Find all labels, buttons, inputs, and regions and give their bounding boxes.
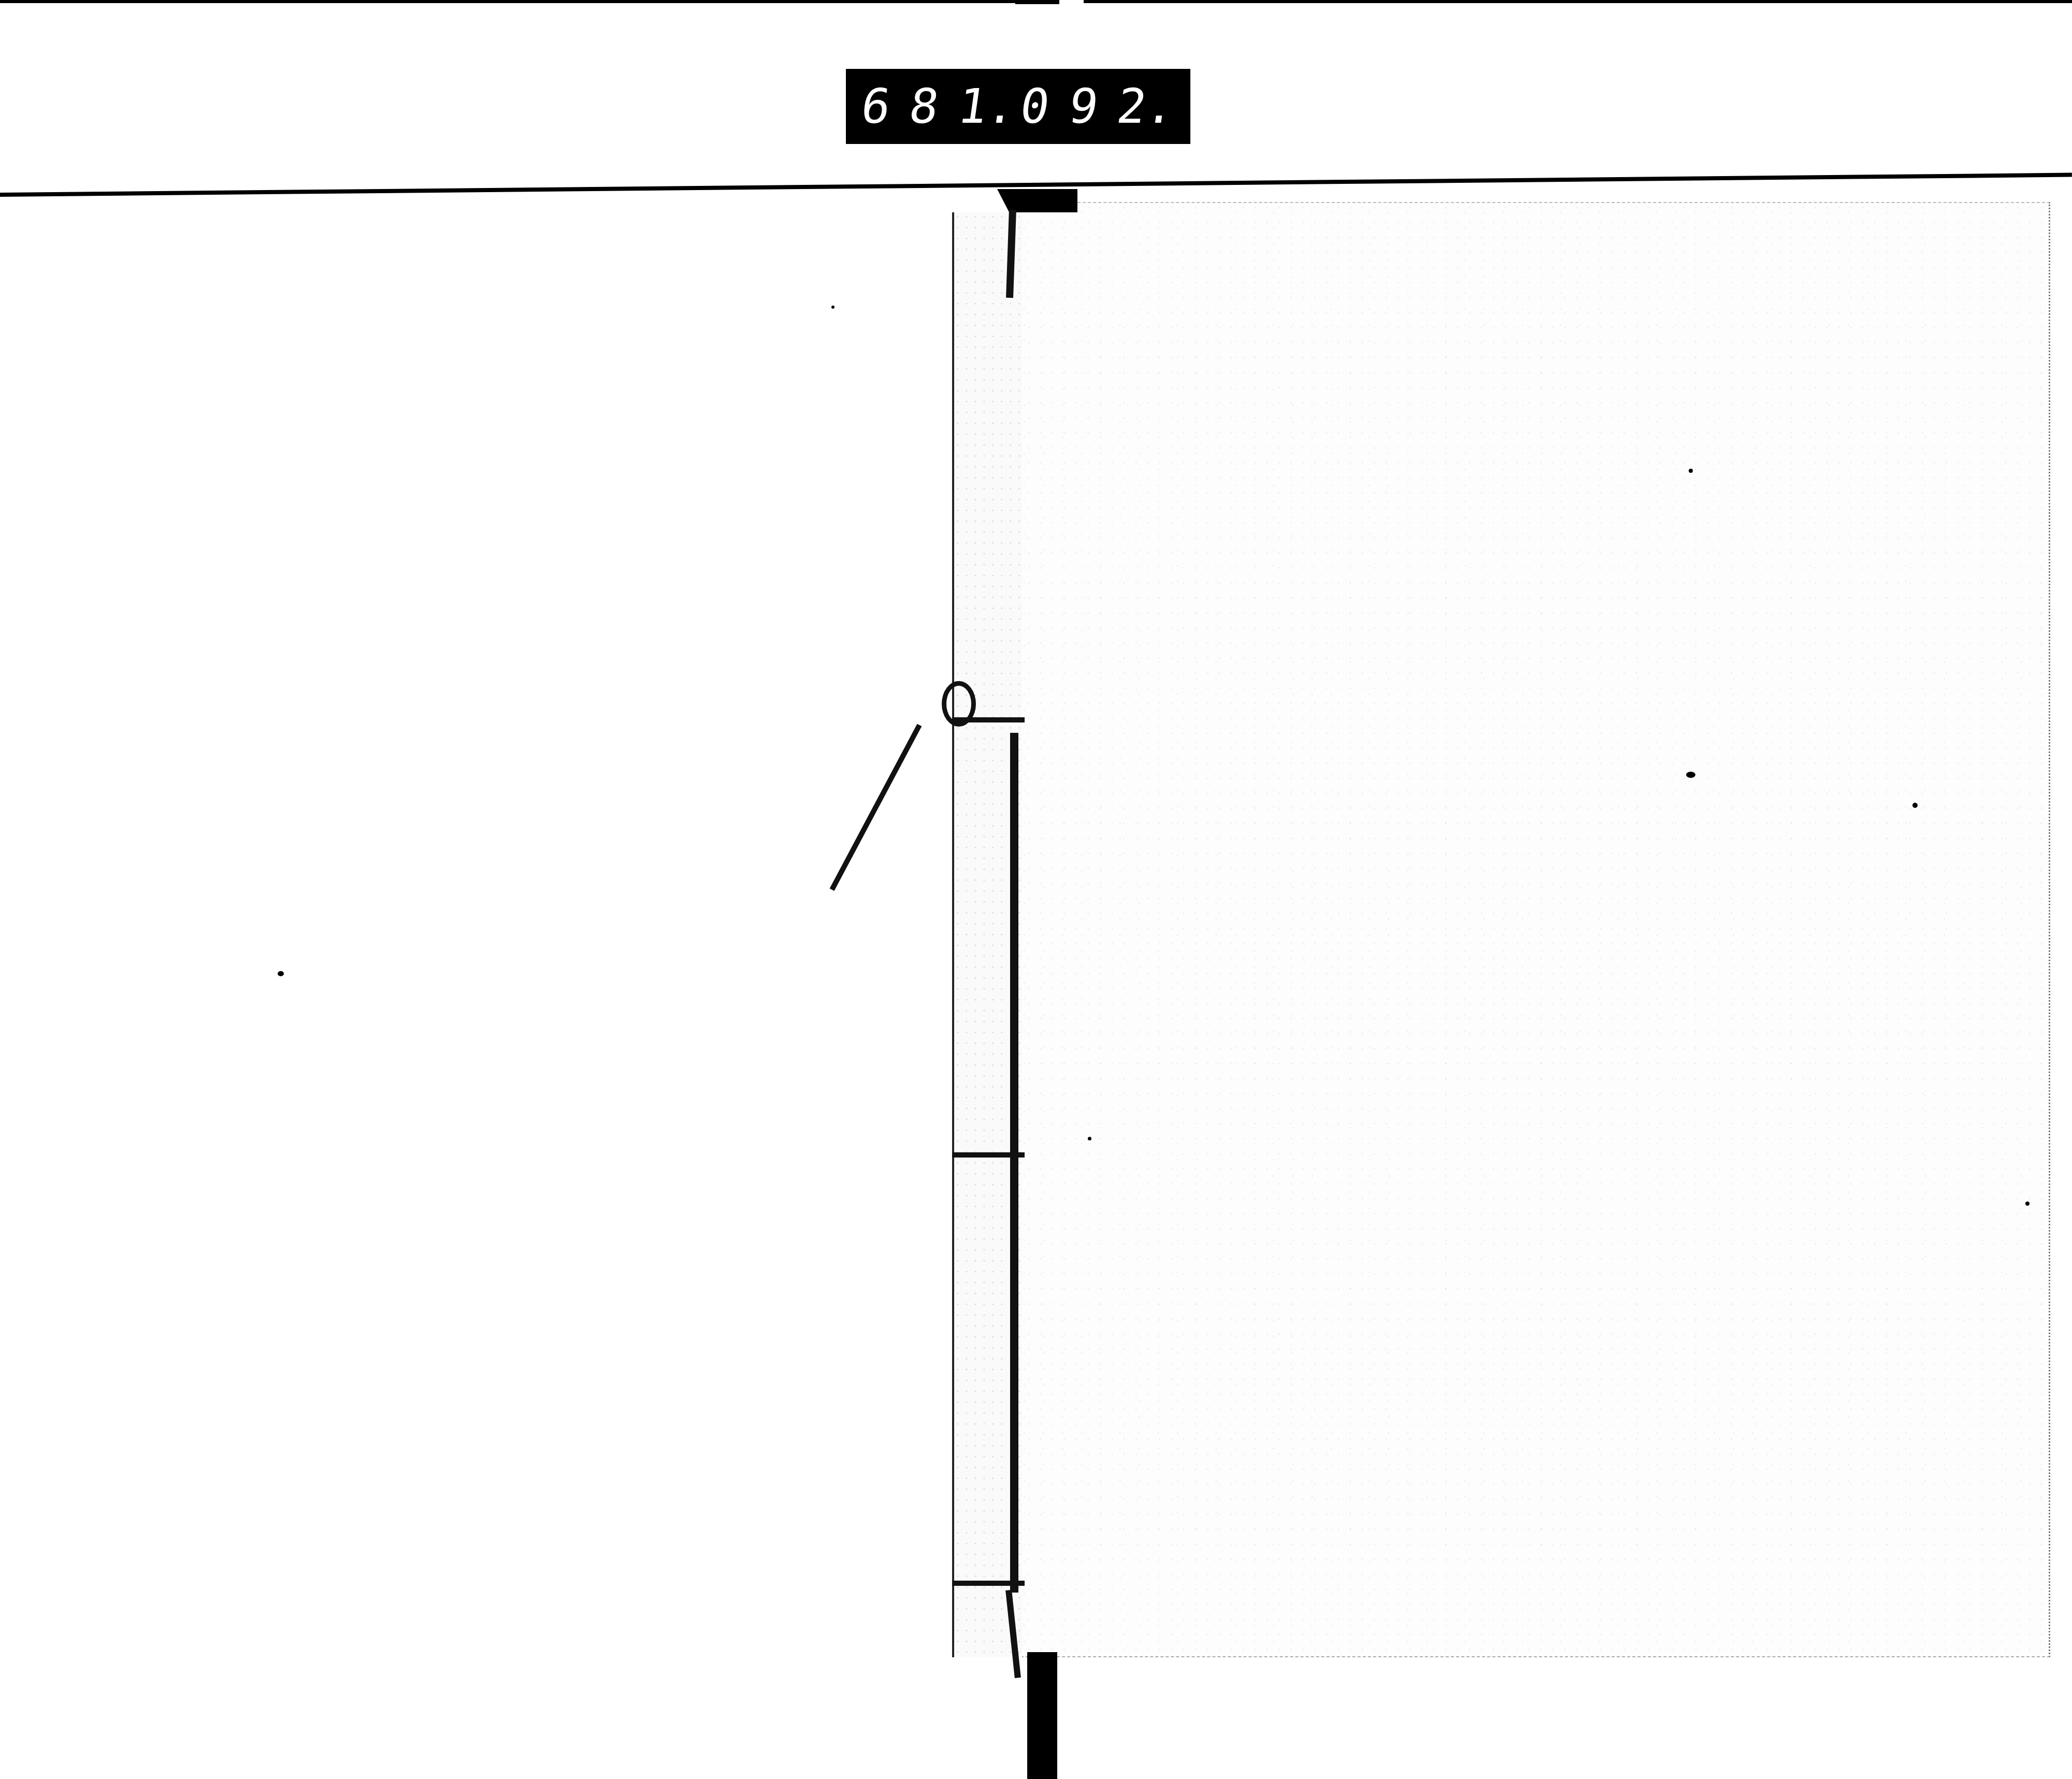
cord-loop [942, 681, 976, 727]
film-edge-top-right [1084, 0, 2072, 3]
frame-counter-left: 6 8 1. [861, 83, 1016, 131]
speck [1689, 469, 1693, 473]
speck [1912, 803, 1918, 808]
book-cover [1020, 202, 2050, 1657]
binding-cord [1010, 733, 1018, 1593]
counter-digit: 1. [955, 83, 1019, 131]
frame-counter: 6 8 1. 0 9 2. [846, 69, 1190, 144]
counter-digit: 6 [858, 83, 894, 131]
speck [831, 306, 834, 309]
film-edge-top-left [0, 0, 1028, 3]
film-edge-tab [1015, 0, 1059, 4]
speck [1686, 772, 1695, 778]
bottom-shadow-block [1027, 1652, 1057, 1779]
counter-digit: 0 [1017, 83, 1053, 131]
counter-digit: 9 [1066, 83, 1101, 131]
speck [1088, 1137, 1091, 1140]
counter-digit: 8 [906, 83, 942, 131]
counter-digit: 2. [1114, 83, 1178, 131]
speck [2025, 1202, 2030, 1206]
hanging-cord [830, 724, 922, 891]
speck [278, 971, 284, 976]
top-clip [997, 189, 1077, 212]
frame-counter-right: 0 9 2. [1020, 83, 1175, 131]
